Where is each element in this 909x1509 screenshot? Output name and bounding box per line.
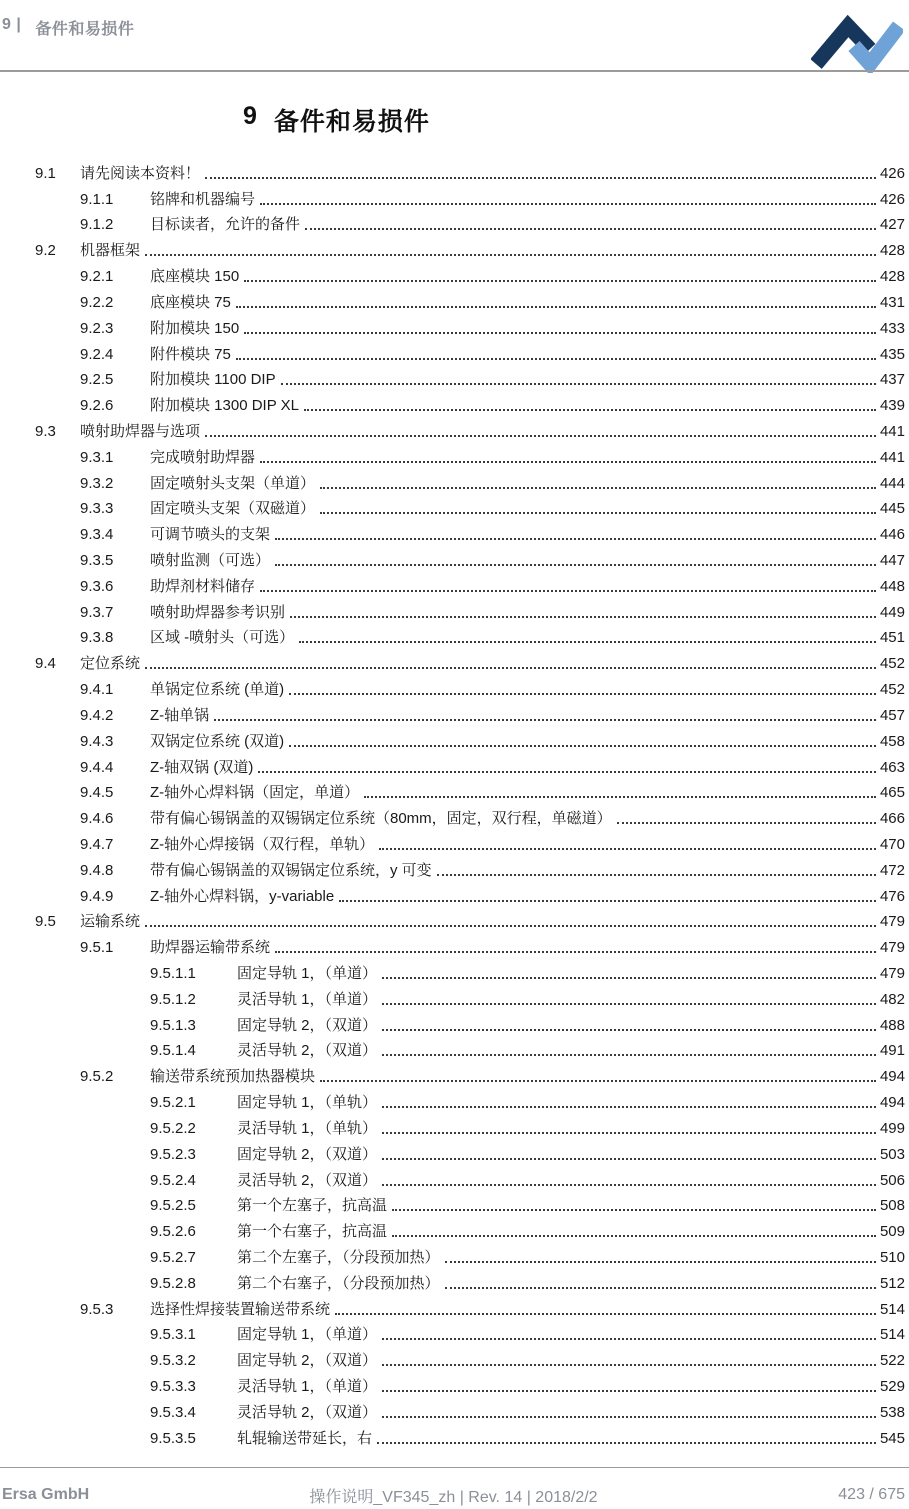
toc-leader-dots	[281, 382, 876, 385]
toc-entry[interactable]: 9.4定位系统452	[35, 648, 905, 674]
toc-entry[interactable]: 9.4.4Z-轴双锅 (双道)463	[35, 752, 905, 778]
toc-leader-dots	[379, 847, 876, 850]
toc-leader-dots	[392, 1208, 876, 1211]
toc-entry[interactable]: 9.5.2.4灵活导轨 2，（双道）506	[35, 1165, 905, 1191]
footer-company: Ersa GmbH	[2, 1486, 228, 1504]
toc-leader-dots	[382, 1002, 876, 1005]
toc-entry-number: 9.5.3.4	[150, 1403, 237, 1422]
toc-entry-number: 9.5.1	[80, 938, 150, 957]
toc-entry[interactable]: 9.5.3.5轧辊输送带延长，右545	[35, 1423, 905, 1449]
toc-entry-number: 9.5.3.2	[150, 1351, 237, 1370]
toc-entry-number: 9.3	[35, 422, 80, 441]
toc-entry-page: 514	[880, 1325, 905, 1344]
toc-entry-title: 目标读者，允许的备件	[150, 215, 300, 234]
toc-entry-page: 503	[880, 1145, 905, 1164]
toc-entry-page: 457	[880, 706, 905, 725]
toc-entry-title: 可调节喷头的支架	[150, 525, 270, 544]
toc-list: 9.1请先阅读本资料！4269.1.1铭牌和机器编号4269.1.2目标读者，允…	[35, 158, 905, 1449]
toc-leader-dots	[445, 1260, 876, 1263]
toc-entry-title: 固定导轨 1，（单道）	[237, 964, 377, 983]
toc-entry-number: 9.3.1	[80, 448, 150, 467]
toc-entry-title: 固定导轨 2，（双道）	[237, 1016, 377, 1035]
toc-entry-page: 488	[880, 1016, 905, 1035]
toc-entry-number: 9.5.2	[80, 1067, 150, 1086]
toc-entry-page: 465	[880, 783, 905, 802]
toc-entry-title: 铭牌和机器编号	[150, 190, 255, 209]
toc-entry[interactable]: 9.5.1.1固定导轨 1，（单道）479	[35, 958, 905, 984]
toc-entry-number: 9.1	[35, 164, 80, 183]
toc-entry-page: 512	[880, 1274, 905, 1293]
toc-entry[interactable]: 9.3喷射助焊器与选项441	[35, 416, 905, 442]
toc-entry[interactable]: 9.4.7Z-轴外心焊接锅（双行程，单轨）470	[35, 829, 905, 855]
toc-entry-page: 494	[880, 1067, 905, 1086]
toc-entry-title: 固定导轨 2，（双道）	[237, 1351, 377, 1370]
toc-entry[interactable]: 9.4.9Z-轴外心焊料锅，y-variable476	[35, 881, 905, 907]
toc-leader-dots	[260, 460, 876, 463]
toc-entry-title: 底座模块 75	[150, 293, 231, 312]
running-header-chapter-number: 9 |	[2, 16, 21, 39]
toc-entry[interactable]: 9.5.2输送带系统预加热器模块494	[35, 1061, 905, 1087]
toc-entry-title: 灵活导轨 1，（单道）	[237, 1377, 377, 1396]
toc-entry[interactable]: 9.5.2.2灵活导轨 1，（单轨）499	[35, 1113, 905, 1139]
toc-entry[interactable]: 9.4.8带有偏心锡锅盖的双锡锅定位系统，y 可变472	[35, 855, 905, 881]
toc-leader-dots	[290, 615, 876, 618]
toc-entry-number: 9.2.6	[80, 396, 150, 415]
toc-entry-number: 9.5.2.4	[150, 1171, 237, 1190]
toc-leader-dots	[236, 305, 876, 308]
toc-entry-page: 545	[880, 1429, 905, 1448]
toc-entry-title: 固定喷射头支架（单道）	[150, 474, 315, 493]
toc-entry-number: 9.1.1	[80, 190, 150, 209]
document-page: 9 | 备件和易损件 9 备件和易损件 9.1请先阅读本资料！4269.1.1铭…	[0, 0, 909, 1509]
toc-entry-page: 441	[880, 422, 905, 441]
toc-entry-number: 9.4.4	[80, 758, 150, 777]
toc-entry-number: 9.5.2.2	[150, 1119, 237, 1138]
toc-entry-title: 助焊剂材料储存	[150, 577, 255, 596]
toc-entry-number: 9.2	[35, 241, 80, 260]
toc-entry-number: 9.3.4	[80, 525, 150, 544]
toc-entry-title: 单锅定位系统 (单道)	[150, 680, 284, 699]
toc-entry-number: 9.4	[35, 654, 80, 673]
toc-entry-number: 9.3.6	[80, 577, 150, 596]
toc-leader-dots	[382, 1337, 876, 1340]
toc-entry-number: 9.5.3.1	[150, 1325, 237, 1344]
toc-entry-number: 9.5.1.3	[150, 1016, 237, 1035]
toc-leader-dots	[258, 770, 876, 773]
toc-entry-number: 9.5.2.7	[150, 1248, 237, 1267]
footer-doc-info: 操作说明_VF345_zh | Rev. 14 | 2018/2/2	[228, 1484, 680, 1507]
toc-entry[interactable]: 9.4.1单锅定位系统 (单道)452	[35, 674, 905, 700]
toc-leader-dots	[320, 486, 876, 489]
toc-entry-number: 9.4.3	[80, 732, 150, 751]
toc-entry[interactable]: 9.5.1.3固定导轨 2，（双道）488	[35, 1010, 905, 1036]
toc-entry-number: 9.5.2.8	[150, 1274, 237, 1293]
toc-entry-title: 附件模块 75	[150, 345, 231, 364]
toc-leader-dots	[382, 1105, 876, 1108]
toc-leader-dots	[205, 176, 876, 179]
toc-entry-number: 9.4.7	[80, 835, 150, 854]
toc-entry-page: 499	[880, 1119, 905, 1138]
toc-entry[interactable]: 9.2.2底座模块 75431	[35, 287, 905, 313]
footer-page-indicator: 423 / 675	[679, 1486, 905, 1504]
toc-entry-page: 449	[880, 603, 905, 622]
toc-entry[interactable]: 9.4.5Z-轴外心焊料锅（固定，单道）465	[35, 778, 905, 804]
toc-entry-page: 428	[880, 241, 905, 260]
toc-leader-dots	[377, 1441, 876, 1444]
toc-leader-dots	[320, 511, 876, 514]
toc-entry-page: 446	[880, 525, 905, 544]
toc-entry[interactable]: 9.3.7喷射助焊器参考识别449	[35, 597, 905, 623]
toc-entry-page: 433	[880, 319, 905, 338]
toc-entry-number: 9.2.2	[80, 293, 150, 312]
toc-entry[interactable]: 9.3.6助焊剂材料储存448	[35, 571, 905, 597]
toc-entry-page: 506	[880, 1171, 905, 1190]
toc-entry-page: 428	[880, 267, 905, 286]
toc-leader-dots	[275, 537, 876, 540]
toc-leader-dots	[145, 666, 876, 669]
running-header: 9 | 备件和易损件	[2, 12, 134, 39]
toc-leader-dots	[289, 692, 876, 695]
toc-entry-number: 9.5.2.1	[150, 1093, 237, 1112]
toc-entry-number: 9.5.1.1	[150, 964, 237, 983]
toc-leader-dots	[275, 563, 876, 566]
toc-entry-number: 9.5.2.3	[150, 1145, 237, 1164]
toc-entry-title: Z-轴外心焊接锅（双行程，单轨）	[150, 835, 374, 854]
toc-entry[interactable]: 9.4.3双锅定位系统 (双道)458	[35, 726, 905, 752]
toc-entry[interactable]: 9.5.3.3灵活导轨 1，（单道）529	[35, 1371, 905, 1397]
toc-entry-number: 9.5.3.5	[150, 1429, 237, 1448]
toc-entry[interactable]: 9.3.2固定喷射头支架（单道）444	[35, 468, 905, 494]
toc-leader-dots	[617, 821, 876, 824]
toc-entry[interactable]: 9.3.1完成喷射助焊器441	[35, 442, 905, 468]
toc-entry[interactable]: 9.5.2.7第二个左塞子，（分段预加热）510	[35, 1242, 905, 1268]
toc-entry-title: 助焊器运输带系统	[150, 938, 270, 957]
toc-entry-page: 426	[880, 164, 905, 183]
page-title: 9 备件和易损件	[243, 102, 430, 138]
toc-entry[interactable]: 9.5.1.4灵活导轨 2，（双道）491	[35, 1036, 905, 1062]
toc-entry-title: Z-轴外心焊料锅，y-variable	[150, 887, 334, 906]
toc-entry[interactable]: 9.5运输系统479	[35, 907, 905, 933]
toc-entry-number: 9.2.1	[80, 267, 150, 286]
toc-entry-page: 452	[880, 680, 905, 699]
toc-entry-page: 444	[880, 474, 905, 493]
toc-entry-page: 437	[880, 370, 905, 389]
toc-entry[interactable]: 9.4.6带有偏心锡锅盖的双锡锅定位系统（80mm，固定，双行程，单磁道）466	[35, 803, 905, 829]
toc-entry[interactable]: 9.1请先阅读本资料！426	[35, 158, 905, 184]
toc-entry[interactable]: 9.5.3.2固定导轨 2，（双道）522	[35, 1345, 905, 1371]
page-header: 9 | 备件和易损件	[2, 12, 907, 46]
running-header-chapter-title: 备件和易损件	[35, 16, 134, 39]
toc-entry-page: 463	[880, 758, 905, 777]
toc-entry-page: 435	[880, 345, 905, 364]
toc-entry-title: 附加模块 150	[150, 319, 239, 338]
toc-leader-dots	[214, 718, 876, 721]
toc-entry-page: 447	[880, 551, 905, 570]
toc-leader-dots	[382, 1363, 876, 1366]
toc-entry-number: 9.2.5	[80, 370, 150, 389]
toc-entry-number: 9.5	[35, 912, 80, 931]
toc-entry-title: 机器框架	[80, 241, 140, 260]
toc-entry-number: 9.4.8	[80, 861, 150, 880]
toc-entry[interactable]: 9.5.1助焊器运输带系统479	[35, 932, 905, 958]
toc-entry-page: 448	[880, 577, 905, 596]
toc-entry-page: 439	[880, 396, 905, 415]
toc-leader-dots	[304, 408, 876, 411]
toc-entry-number: 9.3.5	[80, 551, 150, 570]
toc-entry-number: 9.3.7	[80, 603, 150, 622]
company-logo-icon	[811, 15, 903, 73]
toc-entry-page: 470	[880, 835, 905, 854]
toc-entry-page: 426	[880, 190, 905, 209]
toc-entry[interactable]: 9.5.2.6第一个右塞子，抗高温509	[35, 1216, 905, 1242]
page-title-number: 9	[243, 102, 258, 138]
toc-entry-number: 9.5.1.2	[150, 990, 237, 1009]
toc-entry-title: 固定喷头支架（双磁道）	[150, 499, 315, 518]
toc-entry[interactable]: 9.1.1铭牌和机器编号426	[35, 184, 905, 210]
toc-entry-title: 灵活导轨 2，（双道）	[237, 1041, 377, 1060]
toc-entry-title: 灵活导轨 1，（单道）	[237, 990, 377, 1009]
toc-entry-title: 第一个左塞子，抗高温	[237, 1196, 387, 1215]
toc-leader-dots	[299, 640, 876, 643]
toc-entry-page: 491	[880, 1041, 905, 1060]
page-title-text: 备件和易损件	[274, 102, 430, 138]
toc-entry-title: Z-轴双锅 (双道)	[150, 758, 253, 777]
toc-entry-page: 479	[880, 938, 905, 957]
toc-entry-page: 466	[880, 809, 905, 828]
toc-entry-number: 9.3.8	[80, 628, 150, 647]
toc-entry[interactable]: 9.2.6附加模块 1300 DIP XL439	[35, 390, 905, 416]
toc-entry[interactable]: 9.4.2Z-轴单锅457	[35, 700, 905, 726]
toc-entry-title: 区域 -喷射头（可选）	[150, 628, 294, 647]
toc-entry-page: 509	[880, 1222, 905, 1241]
toc-entry-title: 附加模块 1300 DIP XL	[150, 396, 299, 415]
toc-leader-dots	[145, 253, 876, 256]
page-footer: Ersa GmbH 操作说明_VF345_zh | Rev. 14 | 2018…	[2, 1484, 905, 1506]
toc-entry-title: 灵活导轨 2，（双道）	[237, 1171, 377, 1190]
toc-entry[interactable]: 9.5.2.1固定导轨 1，（单轨）494	[35, 1087, 905, 1113]
toc-entry-number: 9.5.2.6	[150, 1222, 237, 1241]
toc-entry[interactable]: 9.5.3.4灵活导轨 2，（双道）538	[35, 1397, 905, 1423]
toc-entry[interactable]: 9.2.3附加模块 150433	[35, 313, 905, 339]
toc-entry-title: 喷射助焊器参考识别	[150, 603, 285, 622]
toc-entry-title: 灵活导轨 2，（双道）	[237, 1403, 377, 1422]
toc-leader-dots	[289, 744, 876, 747]
toc-leader-dots	[339, 899, 876, 902]
toc-entry-number: 9.4.6	[80, 809, 150, 828]
toc-entry-page: 510	[880, 1248, 905, 1267]
toc-entry-title: 选择性焊接装置输送带系统	[150, 1300, 330, 1319]
toc-entry[interactable]: 9.5.2.8第二个右塞子，（分段预加热）512	[35, 1268, 905, 1294]
toc-entry[interactable]: 9.3.5喷射监测（可选）447	[35, 545, 905, 571]
toc-entry-title: 带有偏心锡锅盖的双锡锅定位系统（80mm，固定，双行程，单磁道）	[150, 809, 612, 828]
toc-entry-title: 带有偏心锡锅盖的双锡锅定位系统，y 可变	[150, 861, 432, 880]
toc-leader-dots	[260, 589, 876, 592]
toc-entry-page: 508	[880, 1196, 905, 1215]
toc-entry-title: 输送带系统预加热器模块	[150, 1067, 315, 1086]
toc-entry-title: 完成喷射助焊器	[150, 448, 255, 467]
toc-entry-title: 请先阅读本资料！	[80, 164, 200, 183]
toc-leader-dots	[382, 1415, 876, 1418]
toc-entry-title: 定位系统	[80, 654, 140, 673]
toc-leader-dots	[382, 1131, 876, 1134]
toc-entry-page: 458	[880, 732, 905, 751]
toc-leader-dots	[320, 1079, 876, 1082]
toc-entry-page: 476	[880, 887, 905, 906]
toc-entry[interactable]: 9.5.3.1固定导轨 1，（单道）514	[35, 1320, 905, 1346]
toc-entry-number: 9.5.3.3	[150, 1377, 237, 1396]
toc-entry[interactable]: 9.5.2.5第一个左塞子，抗高温508	[35, 1191, 905, 1217]
toc-leader-dots	[244, 279, 876, 282]
toc-leader-dots	[275, 950, 876, 953]
toc-entry-title: 固定导轨 1，（单道）	[237, 1325, 377, 1344]
toc-entry-title: Z-轴单锅	[150, 706, 209, 725]
toc-entry-page: 445	[880, 499, 905, 518]
toc-leader-dots	[382, 1028, 876, 1031]
toc-entry-number: 9.1.2	[80, 215, 150, 234]
toc-entry[interactable]: 9.3.4可调节喷头的支架446	[35, 519, 905, 545]
toc-entry-title: 第二个左塞子，（分段预加热）	[237, 1248, 440, 1267]
toc-entry-number: 9.4.5	[80, 783, 150, 802]
toc-leader-dots	[382, 1053, 876, 1056]
toc-entry-page: 522	[880, 1351, 905, 1370]
toc-entry-number: 9.2.3	[80, 319, 150, 338]
toc-entry-number: 9.5.1.4	[150, 1041, 237, 1060]
toc-entry-page: 452	[880, 654, 905, 673]
toc-leader-dots	[305, 227, 876, 230]
toc-entry[interactable]: 9.1.2目标读者，允许的备件427	[35, 210, 905, 236]
toc-leader-dots	[205, 434, 876, 437]
toc-entry[interactable]: 9.5.2.3固定导轨 2，（双道）503	[35, 1139, 905, 1165]
toc-leader-dots	[236, 357, 876, 360]
toc-entry-title: 双锅定位系统 (双道)	[150, 732, 284, 751]
toc-entry-number: 9.2.4	[80, 345, 150, 364]
toc-entry-number: 9.4.2	[80, 706, 150, 725]
toc-entry-page: 538	[880, 1403, 905, 1422]
toc-entry-number: 9.4.9	[80, 887, 150, 906]
toc-leader-dots	[244, 331, 876, 334]
toc-leader-dots	[382, 976, 876, 979]
toc-leader-dots	[335, 1312, 876, 1315]
toc-entry-page: 514	[880, 1300, 905, 1319]
toc-entry-title: 第二个右塞子，（分段预加热）	[237, 1274, 440, 1293]
toc-leader-dots	[145, 924, 876, 927]
toc-entry-number: 9.5.3	[80, 1300, 150, 1319]
toc-entry-number: 9.4.1	[80, 680, 150, 699]
toc-leader-dots	[445, 1286, 876, 1289]
toc-entry-number: 9.3.3	[80, 499, 150, 518]
toc-entry-number: 9.5.2.5	[150, 1196, 237, 1215]
toc-entry-page: 479	[880, 912, 905, 931]
toc-entry-title: 固定导轨 1，（单轨）	[237, 1093, 377, 1112]
toc-entry-page: 451	[880, 628, 905, 647]
toc-entry-title: 附加模块 1100 DIP	[150, 370, 276, 389]
footer-divider	[0, 1467, 909, 1468]
toc-entry-page: 494	[880, 1093, 905, 1112]
toc-entry-title: 喷射监测（可选）	[150, 551, 270, 570]
toc-entry[interactable]: 9.2机器框架428	[35, 235, 905, 261]
toc-entry-title: 运输系统	[80, 912, 140, 931]
toc-entry-title: 底座模块 150	[150, 267, 239, 286]
toc-entry-title: 喷射助焊器与选项	[80, 422, 200, 441]
toc-entry-page: 482	[880, 990, 905, 1009]
toc-entry[interactable]: 9.5.3选择性焊接装置输送带系统514	[35, 1294, 905, 1320]
toc-leader-dots	[392, 1234, 876, 1237]
toc-entry-page: 479	[880, 964, 905, 983]
toc-entry-page: 472	[880, 861, 905, 880]
toc-leader-dots	[382, 1183, 876, 1186]
toc-leader-dots	[437, 873, 876, 876]
toc-entry[interactable]: 9.2.1底座模块 150428	[35, 261, 905, 287]
toc-entry-page: 431	[880, 293, 905, 312]
toc-leader-dots	[364, 795, 876, 798]
toc-entry-title: 灵活导轨 1，（单轨）	[237, 1119, 377, 1138]
header-divider	[0, 70, 909, 72]
toc-entry-number: 9.3.2	[80, 474, 150, 493]
toc-entry-page: 441	[880, 448, 905, 467]
toc-leader-dots	[260, 202, 876, 205]
toc-entry-page: 427	[880, 215, 905, 234]
toc-entry-page: 529	[880, 1377, 905, 1396]
toc-entry-title: 轧辊输送带延长，右	[237, 1429, 372, 1448]
toc-leader-dots	[382, 1157, 876, 1160]
toc-leader-dots	[382, 1389, 876, 1392]
toc-entry-title: 第一个右塞子，抗高温	[237, 1222, 387, 1241]
toc-entry[interactable]: 9.5.1.2灵活导轨 1，（单道）482	[35, 984, 905, 1010]
toc-entry-title: 固定导轨 2，（双道）	[237, 1145, 377, 1164]
toc-entry[interactable]: 9.2.5附加模块 1100 DIP437	[35, 365, 905, 391]
toc-entry[interactable]: 9.3.3固定喷头支架（双磁道）445	[35, 494, 905, 520]
toc-entry[interactable]: 9.3.8区域 -喷射头（可选）451	[35, 623, 905, 649]
toc-entry-title: Z-轴外心焊料锅（固定，单道）	[150, 783, 359, 802]
toc-entry[interactable]: 9.2.4附件模块 75 435	[35, 339, 905, 365]
